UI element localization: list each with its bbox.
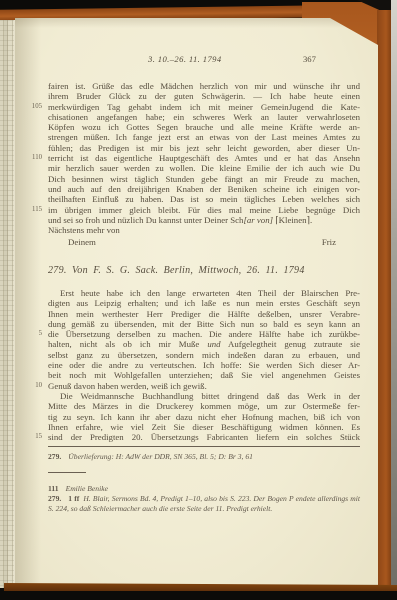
- line-text: dung gemäß zu übersenden, mit der Bitte …: [48, 319, 360, 329]
- line-text: chisationen angefangen habe; ein schwere…: [48, 112, 360, 122]
- page-number: 367: [303, 54, 316, 64]
- text-line: Mitte des Märzes in die Druckerey kommen…: [21, 401, 360, 411]
- line-text: Mitte des Märzes in die Druckerey kommen…: [48, 401, 360, 411]
- line-text: strengen müßen. Ich fange jezt erst an e…: [48, 132, 360, 142]
- line-number: [21, 81, 42, 91]
- line-text: digten aus Leipzig erhalten; und ich laß…: [48, 298, 360, 308]
- line-number: [21, 412, 42, 422]
- text-line: mir herzlich sauer werden zu wollen. Die…: [21, 163, 360, 173]
- line-number: [21, 401, 42, 411]
- line-text: fühlen; das Predigen ist mir bis jezt se…: [48, 143, 360, 153]
- line-number: [21, 143, 42, 153]
- footnote-111-text: Emilie Benike: [66, 484, 108, 493]
- line-text: ihrem Bruder Glück zu der guten Schwäger…: [48, 91, 360, 101]
- page-stack-texture: [0, 20, 14, 588]
- text-line: digten aus Leipzig erhalten; und ich laß…: [21, 298, 360, 308]
- footnote-rule-main: [48, 446, 360, 447]
- line-number: [21, 184, 42, 194]
- line-text: Ihnen erfahre, wie viel Zeit Sie dieser …: [48, 422, 360, 432]
- line-text: im übrigen immer gleich bleibt. Für dies…: [48, 205, 360, 215]
- footnote-111: 111Emilie Benike: [48, 484, 360, 494]
- line-number: [21, 112, 42, 122]
- line-text: Genuß davon haben werden, weiß ich gewiß…: [48, 381, 360, 391]
- text-line: und auch auf den dreijährigen Knaben der…: [21, 184, 360, 194]
- line-text: und auch auf den dreijährigen Knaben der…: [48, 184, 360, 194]
- line-text: tig zu seyn. Ich kann ihr aber dazu nich…: [48, 412, 360, 422]
- line-number: [21, 309, 42, 319]
- footnote-279-text: H. Blair, Sermons Bd. 4, Predigt 1–10, a…: [48, 494, 360, 513]
- text-line: 105merkwürdigen Tag gehabt indem ich mit…: [21, 102, 360, 112]
- text-line: Ihnen erfahre, wie viel Zeit Sie dieser …: [21, 422, 360, 432]
- book-photo: 3. 10.–26. 11. 1794 367 fairen ist. Grüß…: [0, 0, 397, 600]
- text-line: Nächstens mehr von: [21, 225, 360, 235]
- book-cover-right-edge: [377, 10, 392, 588]
- letter-278-text: fairen ist. Grüße das edle Mädchen herzl…: [21, 81, 360, 235]
- text-line: tig zu seyn. Ich kann ihr aber dazu nich…: [21, 412, 360, 422]
- line-number: [21, 174, 42, 184]
- closing-signature: Friz: [322, 237, 360, 247]
- line-number: [21, 360, 42, 370]
- text-line: 15sind der Predigten 20. Übersetzungs Fa…: [21, 432, 360, 442]
- line-number: 110: [21, 153, 42, 163]
- text-line: fairen ist. Grüße das edle Mädchen herzl…: [21, 81, 360, 91]
- footnote-rule-short: [48, 472, 86, 473]
- book-board-edge: [391, 0, 397, 600]
- footnote-279-line-ref: 1 ff: [68, 494, 79, 503]
- book-page: 3. 10.–26. 11. 1794 367 fairen ist. Grüß…: [15, 18, 378, 586]
- line-number: 115: [21, 205, 42, 215]
- line-number: [21, 370, 42, 380]
- line-number: [21, 122, 42, 132]
- letter-279-text: Erst heute habe ich den lange erwarteten…: [21, 288, 360, 442]
- text-line: eine oder die andre zu verteutschen. Ich…: [21, 360, 360, 370]
- text-line: theilhaften Einfluß zu haben. Das ist so…: [21, 194, 360, 204]
- closing-salutation: Deinem: [48, 237, 96, 247]
- line-number: [21, 132, 42, 142]
- line-number: [21, 319, 42, 329]
- letter-279-heading: 279. Von F. S. G. Sack. Berlin, Mittwoch…: [48, 265, 368, 276]
- line-text: und sei so froh und nüzlich Du kannst un…: [48, 215, 360, 225]
- text-line: und sei so froh und nüzlich Du kannst un…: [21, 215, 360, 225]
- line-number: 105: [21, 102, 42, 112]
- text-line: dung gemäß zu übersenden, mit der Bitte …: [21, 319, 360, 329]
- line-text: Erst heute habe ich den lange erwarteten…: [48, 288, 360, 298]
- line-text: Nächstens mehr von: [48, 225, 360, 235]
- text-line: selbst ganz zu übersetzen, sondern mich …: [21, 350, 360, 360]
- text-line: 115im übrigen immer gleich bleibt. Für d…: [21, 205, 360, 215]
- text-line: 110terricht ist das eigentliche Hauptges…: [21, 153, 360, 163]
- line-number: 10: [21, 381, 42, 391]
- line-number: [21, 339, 42, 349]
- footnote-279-number: 279.: [48, 494, 61, 503]
- line-number: [21, 391, 42, 401]
- line-number: [21, 215, 42, 225]
- line-text: mir herzlich sauer werden zu wollen. Die…: [48, 163, 360, 173]
- line-text: terricht ist das eigentliche Hauptgeschä…: [48, 153, 360, 163]
- line-number: 5: [21, 329, 42, 339]
- line-number: [21, 91, 42, 101]
- letter-278-closing: Deinem Friz: [48, 237, 360, 247]
- line-text: theilhaften Einfluß zu haben. Das ist so…: [48, 194, 360, 204]
- line-text: halten, nicht als ob ich mir Muße und Au…: [48, 339, 360, 349]
- text-line: beit noch mit Wohlgefallen unterziehen; …: [21, 370, 360, 380]
- text-line: ihrem Bruder Glück zu der guten Schwäger…: [21, 91, 360, 101]
- line-text: beit noch mit Wohlgefallen unterziehen; …: [48, 370, 360, 380]
- footnote-111-number: 111: [48, 484, 59, 493]
- line-number: [21, 422, 42, 432]
- line-text: Die Weidmannsche Buchhandlung bittet dri…: [48, 391, 360, 401]
- apparatus-note: 279.Überlieferung: H: AdW der DDR, SN 36…: [48, 452, 360, 462]
- text-line: chisationen angefangen habe; ein schwere…: [21, 112, 360, 122]
- line-text: die Übersetzung derselben zu machen. Die…: [48, 329, 360, 339]
- text-line: strengen müßen. Ich fange jezt erst an e…: [21, 132, 360, 142]
- text-line: fühlen; das Predigen ist mir bis jezt se…: [21, 143, 360, 153]
- line-text: fairen ist. Grüße das edle Mädchen herzl…: [48, 81, 360, 91]
- line-text: sind der Predigten 20. Übersetzungs Fabr…: [48, 432, 360, 442]
- text-line: Ihnen mein werthester Herr Prediger die …: [21, 309, 360, 319]
- text-line: halten, nicht als ob ich mir Muße und Au…: [21, 339, 360, 349]
- text-line: 5die Übersetzung derselben zu machen. Di…: [21, 329, 360, 339]
- line-number: 15: [21, 432, 42, 442]
- background-surface: [0, 591, 397, 600]
- running-header-date: 3. 10.–26. 11. 1794: [148, 54, 222, 64]
- line-text: selbst ganz zu übersetzen, sondern mich …: [48, 350, 360, 360]
- line-text: Dich besinnen wirst täglich Stunden gebe…: [48, 174, 360, 184]
- text-line: Dich besinnen wirst täglich Stunden gebe…: [21, 174, 360, 184]
- line-number: [21, 194, 42, 204]
- text-line: Die Weidmannsche Buchhandlung bittet dri…: [21, 391, 360, 401]
- line-text: merkwürdigen Tag gehabt indem ich mit me…: [48, 102, 360, 112]
- text-line: 10Genuß davon haben werden, weiß ich gew…: [21, 381, 360, 391]
- apparatus-text: Überlieferung: H: AdW der DDR, SN 365, B…: [68, 452, 253, 461]
- line-text: Ihnen mein werthester Herr Prediger die …: [48, 309, 360, 319]
- line-number: [21, 350, 42, 360]
- line-number: [21, 298, 42, 308]
- line-number: [21, 225, 42, 235]
- line-number: [21, 288, 42, 298]
- footnote-279: 279.1 ffH. Blair, Sermons Bd. 4, Predigt…: [48, 494, 360, 514]
- line-text: eine oder die andre zu verteutschen. Ich…: [48, 360, 360, 370]
- line-number: [21, 163, 42, 173]
- text-line: Köpfen wozu ich Gottes Segen brauche und…: [21, 122, 360, 132]
- apparatus-number: 279.: [48, 452, 61, 461]
- line-text: Köpfen wozu ich Gottes Segen brauche und…: [48, 122, 360, 132]
- text-line: Erst heute habe ich den lange erwarteten…: [21, 288, 360, 298]
- top-shadow: [15, 18, 378, 28]
